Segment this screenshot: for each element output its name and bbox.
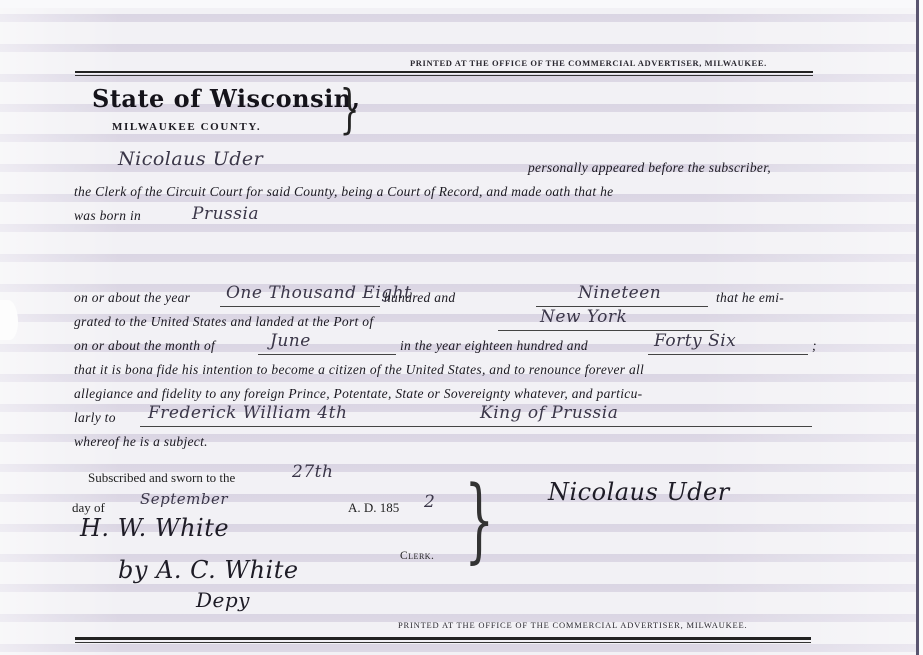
form-line-6-prefix: on or about the month of [74,338,215,354]
month-blank [258,354,396,355]
form-line-9-prefix: larly to [74,410,116,426]
birth-year-blank [220,306,380,307]
clerk-label: Clerk. [400,550,434,562]
declarant-name: Nicolaus Uder [118,148,263,170]
deputy-clerk-signature: by A. C. White [118,556,299,584]
sovereign-blank [140,426,812,427]
deputy-title: Depy [196,588,250,612]
sworn-month: September [140,490,228,508]
arrival-month: June [270,331,311,351]
footer-rule-thin [75,642,811,643]
jurat-sworn-text: Subscribed and sworn to the [88,470,235,486]
sovereign-name: Frederick William 4th [148,403,347,423]
sworn-day: 27th [292,462,333,482]
birth-year-part2: Nineteen [578,283,661,303]
form-line-3: was born in [74,208,141,224]
year-blank [648,354,808,355]
sovereign-title: King of Prussia [480,403,618,423]
header-rule-thin [75,75,813,76]
form-line-4-prefix: on or about the year [74,290,190,306]
clerk-signature: H. W. White [80,514,229,542]
form-line-1: personally appeared before the subscribe… [528,160,771,176]
sworn-year-digit: 2 [424,492,435,512]
state-title: State of Wisconsin, [92,84,361,113]
birthplace: Prussia [192,204,259,224]
declarant-signature: Nicolaus Uder [548,478,730,506]
form-line-7: that it is bona fide his intention to be… [74,362,644,378]
arrival-year: Forty Six [654,331,736,351]
scan-top-edge [0,0,923,8]
torn-edge [0,300,18,340]
county-label: MILWAUKEE COUNTY. [112,121,261,133]
form-line-4-suffix: that he emi- [716,290,784,306]
printer-imprint-bottom: PRINTED AT THE OFFICE OF THE COMMERCIAL … [398,620,747,630]
footer-rule [75,637,811,640]
form-line-10: whereof he is a subject. [74,434,208,450]
header-rule [75,71,813,73]
port-of-arrival: New York [540,307,627,327]
printer-imprint-top: PRINTED AT THE OFFICE OF THE COMMERCIAL … [410,58,767,68]
form-line-6-suffix: ; [812,338,817,354]
form-line-4-mid: hundred and [384,290,455,306]
form-line-2: the Clerk of the Circuit Court for said … [74,184,613,200]
signature-brace: } [465,466,494,573]
form-line-6-mid: in the year eighteen hundred and [400,338,588,354]
form-line-8: allegiance and fidelity to any foreign P… [74,386,642,402]
jurat-year-prefix: A. D. 185 [348,500,399,516]
form-line-5: grated to the United States and landed a… [74,314,373,330]
scan-margin [919,0,923,655]
header-brace: } [340,80,360,140]
